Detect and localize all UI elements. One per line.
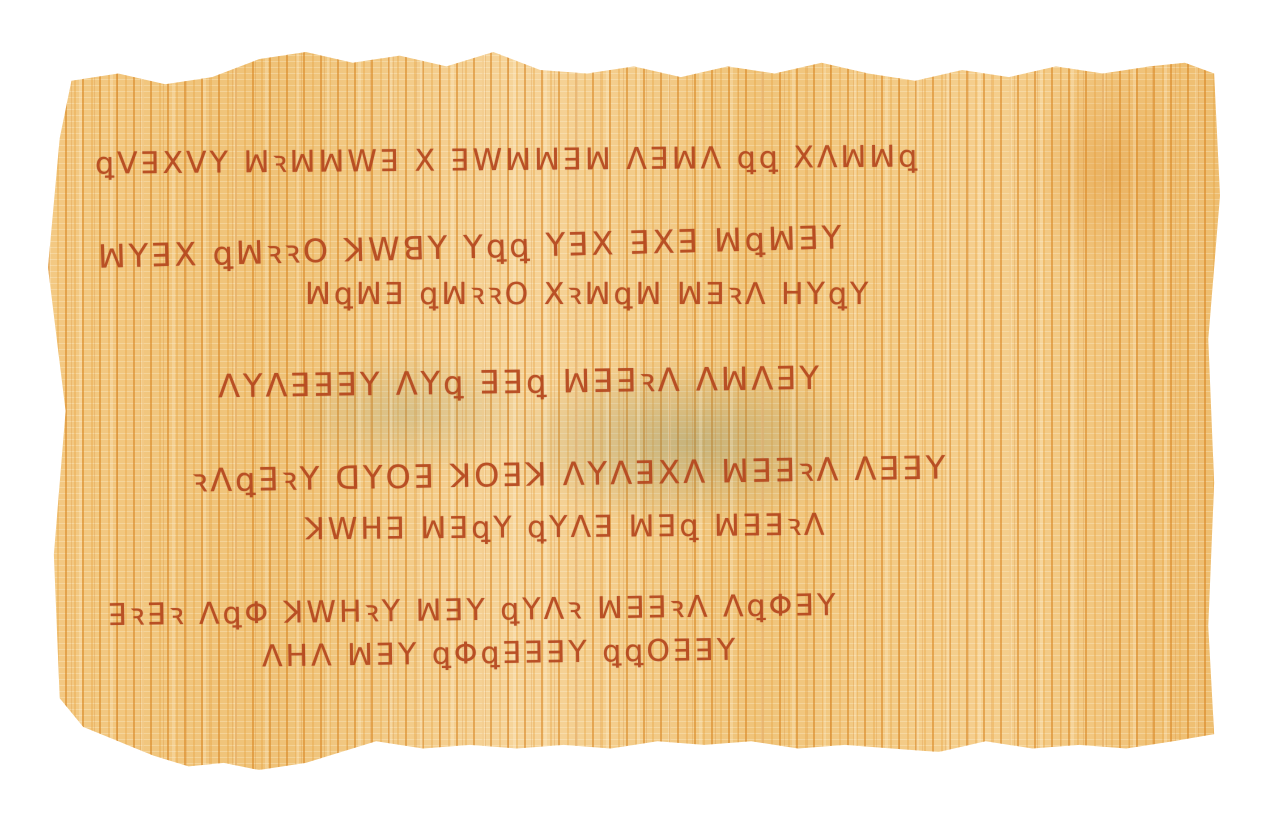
script-line-4: ꓥYꓥꓱꓱꓱY ꓥYꝗ ꓱꓱꝗ ꟽꓱꓱꝛꓥ ꓥꟽꓥꓱY	[218, 356, 823, 407]
script-line-6: ꓘWꓧꓱ ꟽꓱꝗY ꝗYꓥꓱ ꟽꓱꝗ ꟽꓱꓱꝛꓥ	[305, 503, 828, 549]
script-line-8: ꓥꓧꓥ ꟽꓱY ꝗΦꝗꓱꓱꓱY ꝗꝗꓳꓱꓱY	[262, 633, 739, 675]
script-line-3: ꟽꝗꟽꓱ ꝗꟽꝛꝛO ꓫꝛꟽꝗꟽ ꟽꓱꝛꓥ ꓧYꝗY	[305, 272, 871, 313]
script-line-1: ꝗᐯꓱꓫᐯY ꟽꝛꟽꟽWꓱ ꓫ ꓱWꟽꟽꓱꟽ ꓥꓱꟽꓥ ꝗꝗ ꓫꓥꟽꟽꝗ	[95, 134, 921, 182]
